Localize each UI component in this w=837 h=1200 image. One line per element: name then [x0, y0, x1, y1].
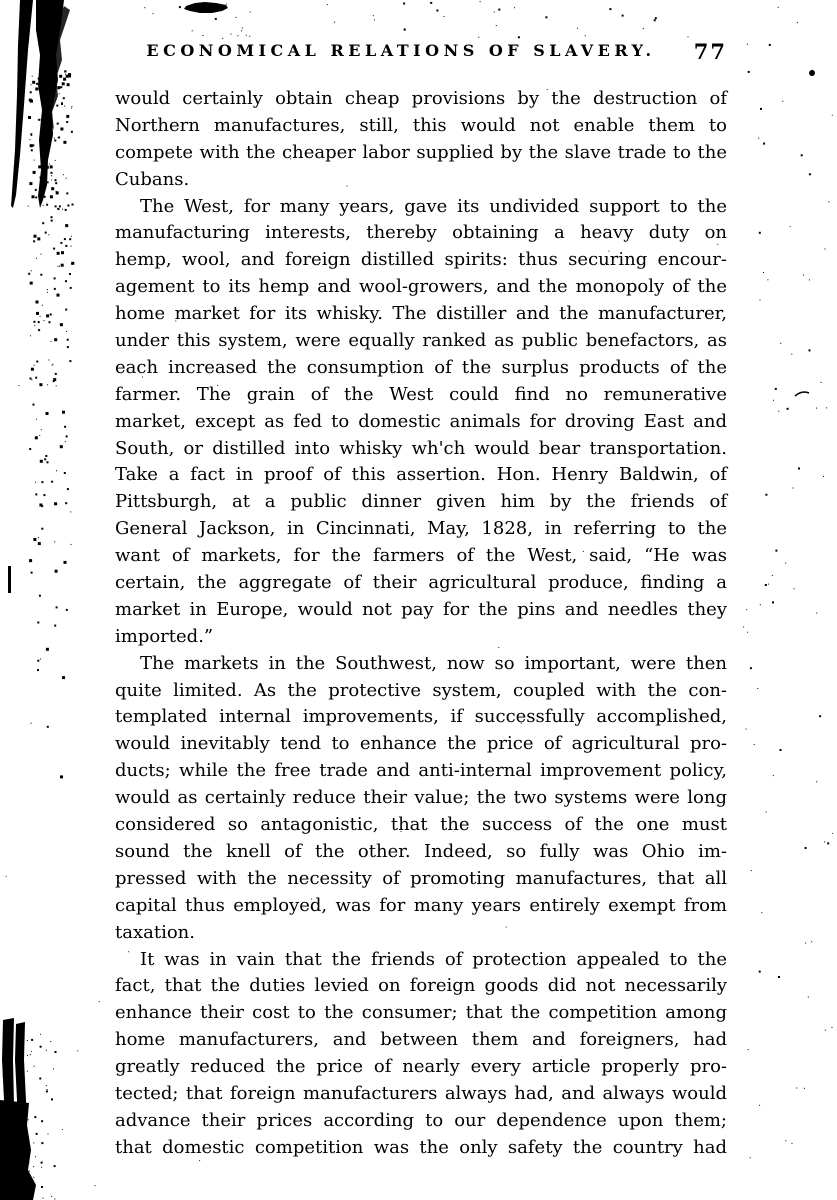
- speckle: [747, 632, 748, 633]
- speckle: [42, 222, 44, 224]
- speckle: [769, 44, 771, 46]
- speckle: [811, 941, 812, 942]
- speckle: [812, 70, 813, 71]
- speckle: [44, 144, 47, 147]
- speckle: [153, 13, 154, 14]
- speckle: [31, 1051, 32, 1052]
- speckle: [249, 36, 250, 37]
- speckle: [754, 744, 755, 745]
- speckle: [95, 1185, 96, 1186]
- text-line: agement to its hemp and wool-growers, an…: [115, 274, 727, 301]
- speckle: [71, 131, 73, 133]
- speckle: [30, 100, 33, 103]
- speckle: [785, 1140, 786, 1141]
- text-line: Take a fact in proof of this assertion. …: [115, 462, 727, 489]
- text-line: want of markets, for the farmers of the …: [115, 543, 727, 570]
- text-line: that domestic competition was the only s…: [115, 1135, 727, 1162]
- speckle: [45, 455, 47, 457]
- speckle: [51, 125, 53, 127]
- speckle: [238, 35, 239, 36]
- speckle: [68, 75, 71, 78]
- speckle: [62, 1129, 63, 1130]
- speckle: [803, 275, 804, 276]
- ink-blot-top: [184, 2, 228, 13]
- speckle: [99, 1001, 100, 1002]
- speckle: [798, 468, 800, 470]
- speckle: [47, 726, 49, 728]
- speckle: [63, 97, 65, 99]
- speckle: [38, 165, 41, 168]
- speckle: [38, 542, 41, 545]
- speckle: [42, 305, 43, 306]
- text-line: sound the knell of the other. Indeed, so…: [115, 839, 727, 866]
- speckle: [71, 236, 72, 237]
- speckle: [40, 1046, 42, 1048]
- speckle: [54, 288, 56, 290]
- speckle: [55, 179, 57, 181]
- speckle: [32, 1185, 33, 1186]
- speckle: [816, 613, 817, 614]
- text-line: The markets in the Southwest, now so imp…: [115, 651, 727, 678]
- text-line: home manufacturers, and between them and…: [115, 1027, 727, 1054]
- speckle: [31, 84, 32, 85]
- speckle: [430, 2, 432, 4]
- text-line: considered so antagonistic, that the suc…: [115, 812, 727, 839]
- speckle: [54, 140, 56, 142]
- text-line: taxation.: [115, 920, 727, 947]
- speckle: [60, 128, 63, 131]
- speckle: [77, 1050, 78, 1051]
- speckle: [809, 279, 810, 280]
- speckle: [797, 22, 798, 23]
- speckle: [792, 1143, 793, 1144]
- speckle: [33, 171, 36, 174]
- speckle: [768, 584, 769, 585]
- speckle: [192, 30, 193, 31]
- speckle: [772, 575, 773, 576]
- speckle: [53, 380, 55, 382]
- speckle: [35, 196, 37, 198]
- speckle: [66, 192, 68, 194]
- speckle: [30, 91, 32, 93]
- speckle: [55, 160, 56, 161]
- speckle: [64, 561, 67, 564]
- speckle: [688, 36, 689, 37]
- text-line: under this system, were equally ranked a…: [115, 328, 727, 355]
- speckle: [38, 119, 39, 120]
- speckle: [58, 88, 59, 89]
- page-number: 77: [694, 39, 727, 64]
- speckle: [67, 339, 69, 341]
- speckle: [56, 105, 58, 107]
- speckle: [46, 314, 49, 317]
- text-line: would inevitably tend to enhance the pri…: [115, 731, 727, 758]
- speckle: [71, 106, 72, 107]
- text-line: compete with the cheaper labor supplied …: [115, 140, 727, 167]
- speckle: [821, 382, 822, 383]
- speckle: [577, 28, 578, 29]
- speckle: [28, 1119, 29, 1120]
- speckle: [54, 1165, 56, 1167]
- speckle: [49, 321, 51, 323]
- speckle: [215, 18, 217, 20]
- speckle: [643, 28, 644, 29]
- speckle: [61, 264, 64, 267]
- speckle: [34, 160, 35, 161]
- speckle: [780, 343, 781, 344]
- speckle: [32, 144, 34, 146]
- speckle: [53, 378, 56, 381]
- speckle: [65, 245, 67, 247]
- speckle: [47, 181, 49, 183]
- speckle: [609, 8, 611, 10]
- speckle: [38, 87, 40, 89]
- speckle: [757, 688, 758, 689]
- speckle: [54, 541, 55, 542]
- speckle: [765, 494, 767, 496]
- speckle: [64, 426, 66, 428]
- speckle: [189, 6, 190, 7]
- speckle: [58, 137, 60, 139]
- speckle: [31, 135, 32, 136]
- speckle: [47, 289, 48, 290]
- speckle: [750, 1157, 751, 1158]
- speckle: [30, 282, 33, 285]
- speckle: [63, 78, 66, 81]
- speckle: [44, 186, 45, 187]
- speckle: [43, 205, 44, 206]
- speckle: [43, 494, 45, 496]
- speckle: [47, 384, 48, 385]
- text-line: advance their prices according to our de…: [115, 1108, 727, 1135]
- speckle: [66, 115, 69, 118]
- speckle: [41, 505, 43, 507]
- speckle: [64, 70, 66, 72]
- speckle: [805, 943, 806, 944]
- speckle: [61, 102, 63, 104]
- speckle: [778, 411, 779, 412]
- speckle: [65, 74, 66, 75]
- speckle: [33, 321, 35, 323]
- speckle: [56, 191, 59, 194]
- speckle: [65, 224, 68, 227]
- speckle: [241, 30, 242, 31]
- speckle: [29, 1171, 30, 1172]
- speckle: [759, 232, 761, 234]
- text-line: pressed with the necessity of promoting …: [115, 866, 727, 893]
- speckle: [36, 301, 39, 304]
- speckle: [39, 595, 41, 597]
- speckle: [61, 251, 64, 254]
- speckle: [30, 1054, 31, 1055]
- speckle: [53, 1068, 54, 1069]
- speckle: [35, 189, 37, 191]
- speckle: [44, 169, 45, 170]
- speckle: [30, 378, 32, 380]
- speckle: [585, 35, 586, 36]
- speckle: [373, 15, 374, 16]
- speckle: [805, 847, 807, 849]
- speckle: [36, 312, 39, 315]
- speckle: [48, 360, 49, 361]
- speckle: [54, 625, 56, 627]
- speckle: [37, 622, 39, 624]
- speckle: [6, 876, 7, 877]
- speckle: [71, 246, 72, 247]
- speckle: [226, 4, 227, 5]
- speckle: [57, 252, 60, 255]
- speckle: [45, 148, 46, 149]
- text-line: manufacturing interests, thereby obtaini…: [115, 220, 727, 247]
- speckle: [60, 242, 62, 244]
- speckle: [54, 502, 57, 505]
- text-line: General Jackson, in Cincinnati, May, 182…: [115, 516, 727, 543]
- speckle: [50, 165, 53, 168]
- speckle: [518, 36, 520, 38]
- speckle: [480, 1, 481, 2]
- speckle: [793, 488, 794, 489]
- speckle: [46, 204, 48, 206]
- speckle: [62, 82, 65, 85]
- speckle: [222, 38, 223, 39]
- text-line: The West, for many years, gave its undiv…: [115, 194, 727, 221]
- text-line: each increased the consumption of the su…: [115, 355, 727, 382]
- speckle: [41, 1142, 43, 1144]
- speckle: [545, 16, 547, 18]
- running-head-title: ECONOMICAL RELATIONS OF SLAVERY.: [115, 41, 727, 60]
- speckle: [767, 279, 768, 280]
- scan-artifact-bottom-left-bar1: [2, 1018, 14, 1200]
- speckle: [41, 1167, 42, 1168]
- text-line: South, or distilled into whisky wh'ch wo…: [115, 436, 727, 463]
- text-line: templated internal improvements, if succ…: [115, 704, 727, 731]
- speckle: [60, 775, 63, 778]
- text-line: tected; that foreign manufacturers alway…: [115, 1081, 727, 1108]
- speckle: [790, 226, 791, 227]
- speckle: [34, 235, 37, 238]
- speckle: [62, 209, 63, 210]
- text-line: would certainly obtain cheap provisions …: [115, 86, 727, 113]
- text-line: It was in vain that the friends of prote…: [115, 947, 727, 974]
- speckle: [250, 12, 251, 13]
- text-line: market in Europe, would not pay for the …: [115, 597, 727, 624]
- speckle: [55, 205, 57, 207]
- speckle: [144, 7, 145, 8]
- speckle: [54, 277, 56, 279]
- speckle: [49, 164, 50, 165]
- speckle: [57, 123, 59, 125]
- text-line: imported.”: [115, 624, 727, 651]
- text-line: Pittsburgh, at a public dinner given him…: [115, 489, 727, 516]
- speckle: [179, 6, 181, 8]
- speckle: [622, 15, 624, 17]
- speckle: [62, 411, 65, 414]
- scan-mark-left-margin: [8, 566, 11, 593]
- speckle: [32, 76, 33, 77]
- speckle: [56, 191, 57, 192]
- speckle: [65, 280, 67, 282]
- speckle: [50, 195, 53, 198]
- speckle: [55, 182, 57, 184]
- speckle: [496, 25, 497, 26]
- speckle: [746, 609, 747, 610]
- speckle: [29, 99, 32, 102]
- speckle: [334, 22, 335, 23]
- speckle: [45, 232, 47, 234]
- speckle: [494, 12, 495, 13]
- text-line: capital thus employed, was for many year…: [115, 893, 727, 920]
- speckle: [54, 138, 55, 139]
- speckle: [403, 3, 405, 5]
- speckle: [808, 997, 809, 998]
- scan-artifact-bottom-left-mass: [0, 1100, 36, 1200]
- speckle: [59, 93, 60, 94]
- speckle: [773, 400, 774, 401]
- speckle: [27, 1055, 28, 1056]
- speckle: [36, 258, 37, 259]
- speckle: [823, 476, 824, 477]
- speckle: [68, 73, 71, 76]
- speckle: [58, 266, 59, 267]
- speckle: [51, 481, 53, 483]
- speckle: [824, 841, 825, 842]
- speckle: [69, 238, 71, 240]
- speckle: [28, 206, 29, 207]
- speckle: [801, 154, 803, 156]
- speckle: [748, 1049, 749, 1050]
- speckle: [46, 1090, 48, 1092]
- speckle: [57, 294, 60, 297]
- speckle: [782, 101, 783, 102]
- scan-artifact-bottom-left-bar2: [15, 1022, 26, 1200]
- speckle: [816, 781, 817, 782]
- speckle: [53, 248, 55, 250]
- speckle: [41, 1120, 43, 1122]
- speckle: [58, 137, 59, 138]
- speckle: [27, 1152, 28, 1153]
- speckle: [40, 659, 41, 660]
- speckle: [773, 775, 774, 776]
- body-text-column: would certainly obtain cheap provisions …: [115, 86, 727, 1162]
- speckle: [27, 1161, 29, 1163]
- speckle: [34, 365, 35, 366]
- speckle: [404, 29, 406, 31]
- speckle: [29, 182, 32, 185]
- speckle: [39, 1078, 41, 1080]
- speckle: [50, 314, 52, 316]
- speckle: [775, 550, 777, 552]
- speckle: [59, 205, 61, 207]
- speckle: [33, 1142, 34, 1143]
- speckle: [46, 648, 49, 651]
- speckle: [759, 1105, 760, 1106]
- speckle: [202, 35, 203, 36]
- speckle: [230, 34, 231, 35]
- speckle: [38, 329, 40, 331]
- speckle: [71, 263, 73, 265]
- speckle: [67, 205, 69, 207]
- speckle: [31, 149, 33, 151]
- speckle: [832, 1027, 833, 1028]
- speckle: [52, 365, 53, 366]
- speckle: [66, 609, 68, 611]
- speckle: [38, 119, 40, 121]
- speckle: [40, 1034, 41, 1035]
- speckle: [57, 208, 58, 209]
- speckle: [436, 10, 438, 12]
- speckle: [43, 75, 45, 77]
- speckle: [41, 528, 43, 530]
- speckle: [49, 136, 51, 138]
- speckle: [41, 429, 42, 430]
- speckle: [43, 72, 46, 75]
- speckle: [33, 1177, 34, 1178]
- speckle: [58, 208, 60, 210]
- speckle: [36, 361, 38, 363]
- speckle: [41, 1162, 43, 1164]
- speckle: [760, 108, 762, 110]
- speckle: [51, 180, 52, 181]
- speckle: [444, 16, 445, 17]
- speckle: [791, 354, 792, 355]
- speckle: [809, 349, 811, 351]
- speckle: [55, 373, 57, 375]
- speckle: [46, 412, 49, 415]
- speckle: [29, 139, 30, 140]
- speckle: [40, 460, 43, 463]
- speckle: [66, 435, 68, 437]
- speckle: [498, 9, 500, 11]
- text-line: greatly reduced the price of nearly ever…: [115, 1054, 727, 1081]
- speckle: [36, 83, 38, 85]
- speckle: [772, 601, 774, 603]
- speckle: [65, 502, 67, 504]
- speckle: [54, 338, 57, 341]
- speckle: [29, 559, 32, 562]
- speckle: [478, 37, 479, 38]
- text-line: home market for its whisky. The distille…: [115, 301, 727, 328]
- speckle: [45, 86, 47, 88]
- speckle: [746, 729, 747, 730]
- speckle: [46, 166, 49, 169]
- speckle: [785, 563, 786, 564]
- speckle: [31, 572, 33, 574]
- speckle: [67, 488, 69, 490]
- speckle: [64, 238, 66, 240]
- speckle: [59, 75, 62, 78]
- page-header: ECONOMICAL RELATIONS OF SLAVERY. 77: [115, 41, 727, 67]
- speckle: [44, 458, 46, 460]
- speckle: [809, 173, 811, 175]
- text-line: quite limited. As the protective system,…: [115, 678, 727, 705]
- text-line: certain, the aggregate of their agricult…: [115, 570, 727, 597]
- speckle: [44, 196, 46, 198]
- speckle: [66, 178, 67, 179]
- speckle: [43, 1198, 44, 1199]
- speckle: [39, 435, 40, 436]
- speckle: [40, 133, 43, 136]
- text-line: hemp, wool, and foreign distilled spirit…: [115, 247, 727, 274]
- speckle: [763, 143, 765, 145]
- speckle: [52, 364, 53, 365]
- speckle: [61, 103, 63, 105]
- speckle: [47, 461, 49, 463]
- speckle: [794, 588, 795, 589]
- speckle: [750, 667, 752, 669]
- text-line: fact, that the duties levied on foreign …: [115, 973, 727, 1000]
- speckle: [50, 1041, 51, 1042]
- speckle: [55, 99, 56, 100]
